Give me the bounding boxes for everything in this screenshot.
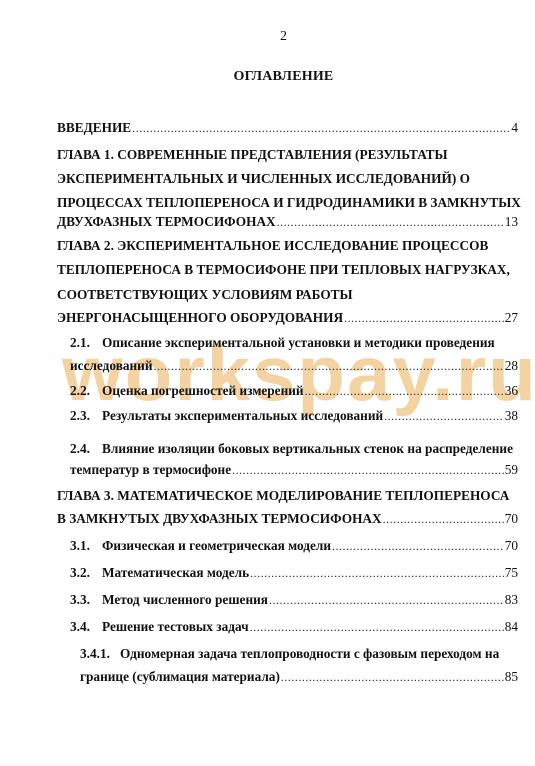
toc-chapter1-line4[interactable]: ДВУХФАЗНЫХ ТЕРМОСИФОНАХ 13 — [57, 213, 518, 231]
leader-dots — [383, 510, 504, 528]
toc-label: ВВЕДЕНИЕ — [57, 119, 131, 137]
toc-section-3-4-1-line1[interactable]: 3.4.1.Одномерная задача теплопроводности… — [80, 645, 499, 663]
toc-chapter2-line2[interactable]: ТЕПЛОПЕРЕНОСА В ТЕРМОСИФОНЕ ПРИ ТЕПЛОВЫХ… — [57, 261, 510, 279]
toc-label: исследований — [70, 357, 153, 375]
section-number: 3.4.1. — [80, 645, 120, 663]
toc-chapter2-line1[interactable]: ГЛАВА 2. ЭКСПЕРИМЕНТАЛЬНОЕ ИССЛЕДОВАНИЕ … — [57, 237, 488, 255]
toc-label: ПРОЦЕССАХ ТЕПЛОПЕРЕНОСА И ГИДРОДИНАМИКИ … — [57, 195, 521, 210]
leader-dots — [250, 564, 504, 582]
toc-chapter1-line2[interactable]: ЭКСПЕРИМЕНТАЛЬНЫХ И ЧИСЛЕННЫХ ИССЛЕДОВАН… — [57, 170, 470, 188]
section-number: 2.4. — [70, 440, 102, 458]
section-number: 2.3. — [70, 407, 102, 425]
leader-dots — [332, 537, 504, 555]
toc-section-2-4-line2[interactable]: температур в термосифоне 59 — [70, 461, 518, 479]
toc-page: 70 — [505, 510, 518, 528]
toc-label: ЭНЕРГОНАСЫЩЕННОГО ОБОРУДОВАНИЯ — [57, 309, 343, 327]
toc-label: Физическая и геометрическая модели — [102, 538, 331, 553]
toc-chapter2-line3[interactable]: СООТВЕТСТВУЮЩИХ УСЛОВИЯМ РАБОТЫ — [57, 286, 353, 304]
toc-label: Результаты экспериментальных исследовани… — [102, 408, 383, 423]
section-number: 2.2. — [70, 382, 102, 400]
page-number: 2 — [0, 29, 535, 45]
leader-dots — [277, 213, 504, 231]
toc-chapter3-line2[interactable]: В ЗАМКНУТЫХ ДВУХФАЗНЫХ ТЕРМОСИФОНАХ 70 — [57, 510, 518, 528]
toc-page: 75 — [505, 564, 518, 582]
toc-section-2-2[interactable]: 2.2.Оценка погрешностей измерений 36 — [70, 382, 518, 400]
toc-page: 38 — [505, 407, 518, 425]
toc-page: 70 — [505, 537, 518, 555]
toc-section-3-1[interactable]: 3.1.Физическая и геометрическая модели 7… — [70, 537, 518, 555]
toc-section-2-3[interactable]: 2.3.Результаты экспериментальных исследо… — [70, 407, 518, 425]
toc-page: 4 — [511, 119, 518, 137]
toc-label: В ЗАМКНУТЫХ ДВУХФАЗНЫХ ТЕРМОСИФОНАХ — [57, 510, 382, 528]
toc-label: Описание экспериментальной установки и м… — [102, 335, 495, 350]
section-number: 3.4. — [70, 618, 102, 636]
section-number: 3.3. — [70, 591, 102, 609]
toc-section-2-1-line1[interactable]: 2.1.Описание экспериментальной установки… — [70, 334, 495, 352]
toc-page: 59 — [505, 461, 518, 479]
toc-chapter3-line1[interactable]: ГЛАВА 3. МАТЕМАТИЧЕСКОЕ МОДЕЛИРОВАНИЕ ТЕ… — [57, 487, 509, 505]
toc-label: ЭКСПЕРИМЕНТАЛЬНЫХ И ЧИСЛЕННЫХ ИССЛЕДОВАН… — [57, 171, 470, 186]
toc-page: 83 — [505, 591, 518, 609]
toc-label: ГЛАВА 1. СОВРЕМЕННЫЕ ПРЕДСТАВЛЕНИЯ (РЕЗУ… — [57, 147, 448, 162]
toc-label: границе (сублимация материала) — [80, 668, 280, 686]
page-title: ОГЛАВЛЕНИЕ — [0, 69, 535, 85]
toc-section-3-2[interactable]: 3.2.Математическая модель 75 — [70, 564, 518, 582]
toc-page: 27 — [505, 309, 518, 327]
toc-page: 28 — [505, 357, 518, 375]
leader-dots — [154, 357, 504, 375]
leader-dots — [232, 461, 504, 479]
toc-label: СООТВЕТСТВУЮЩИХ УСЛОВИЯМ РАБОТЫ — [57, 287, 353, 302]
toc-label: ТЕПЛОПЕРЕНОСА В ТЕРМОСИФОНЕ ПРИ ТЕПЛОВЫХ… — [57, 262, 510, 277]
toc-label: температур в термосифоне — [70, 461, 231, 479]
toc-section-2-1-line2[interactable]: исследований 28 — [70, 357, 518, 375]
toc-label: Решение тестовых задач — [102, 619, 249, 634]
toc-label: Метод численного решения — [102, 592, 268, 607]
toc-chapter1-line1[interactable]: ГЛАВА 1. СОВРЕМЕННЫЕ ПРЕДСТАВЛЕНИЯ (РЕЗУ… — [57, 146, 448, 164]
leader-dots — [250, 618, 504, 636]
toc-label: ДВУХФАЗНЫХ ТЕРМОСИФОНАХ — [57, 213, 276, 231]
section-number: 2.1. — [70, 334, 102, 352]
leader-dots — [384, 407, 504, 425]
section-number: 3.1. — [70, 537, 102, 555]
toc-section-3-4-1-line2[interactable]: границе (сублимация материала) 85 — [80, 668, 518, 686]
toc-label: ГЛАВА 3. МАТЕМАТИЧЕСКОЕ МОДЕЛИРОВАНИЕ ТЕ… — [57, 488, 509, 503]
toc-section-3-4[interactable]: 3.4.Решение тестовых задач 84 — [70, 618, 518, 636]
toc-page: 85 — [505, 668, 518, 686]
leader-dots — [305, 382, 504, 400]
toc-label: Математическая модель — [102, 565, 249, 580]
toc-entry-intro[interactable]: ВВЕДЕНИЕ 4 — [57, 119, 518, 137]
toc-label: Оценка погрешностей измерений — [102, 383, 304, 398]
toc-chapter2-line4[interactable]: ЭНЕРГОНАСЫЩЕННОГО ОБОРУДОВАНИЯ 27 — [57, 309, 518, 327]
toc-page: 13 — [505, 213, 518, 231]
section-number: 3.2. — [70, 564, 102, 582]
toc-page: 84 — [505, 618, 518, 636]
leader-dots — [132, 119, 510, 137]
toc-chapter1-line3[interactable]: ПРОЦЕССАХ ТЕПЛОПЕРЕНОСА И ГИДРОДИНАМИКИ … — [57, 194, 521, 212]
document-page: 2 ОГЛАВЛЕНИЕ ВВЕДЕНИЕ 4 ГЛАВА 1. СОВРЕМЕ… — [0, 0, 535, 766]
leader-dots — [281, 668, 504, 686]
leader-dots — [269, 591, 504, 609]
toc-label: Одномерная задача теплопроводности с фаз… — [120, 646, 499, 661]
toc-section-3-3[interactable]: 3.3.Метод численного решения 83 — [70, 591, 518, 609]
leader-dots — [344, 309, 504, 327]
toc-page: 36 — [505, 382, 518, 400]
toc-section-2-4-line1[interactable]: 2.4.Влияние изоляции боковых вертикальны… — [70, 440, 513, 458]
toc-label: Влияние изоляции боковых вертикальных ст… — [102, 441, 513, 456]
toc-label: ГЛАВА 2. ЭКСПЕРИМЕНТАЛЬНОЕ ИССЛЕДОВАНИЕ … — [57, 238, 488, 253]
